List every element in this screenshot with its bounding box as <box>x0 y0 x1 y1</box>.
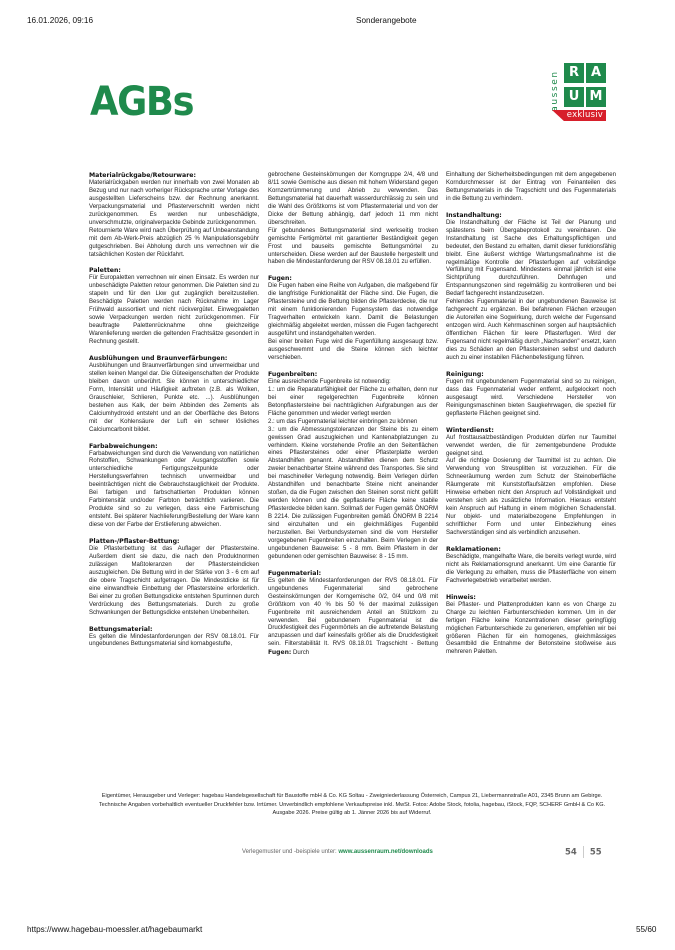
page-number-left: 54 <box>565 848 577 858</box>
section-heading: Farbabweichungen: <box>89 443 259 451</box>
section-paragraph: Fugen mit ungebundenem Fugenmaterial sin… <box>446 379 616 419</box>
terms-section: Hinweis:Bei Pflaster- und Plattenprodukt… <box>446 594 616 658</box>
section-paragraph: 1.: um die Reparaturfähigkeit der Fläche… <box>268 387 438 419</box>
terms-section: Fugenmaterial:Es gelten die Mindestanfor… <box>268 570 438 658</box>
print-page-title: Sonderangebote <box>356 16 417 25</box>
section-paragraph: Fehlendes Fugenmaterial in der ungebunde… <box>446 299 616 363</box>
terms-section: Paletten:Für Europaletten verrechnen wir… <box>89 267 259 347</box>
terms-column-1: Materialrückgabe/Retourware:Materialrück… <box>89 172 259 657</box>
terms-column-3: Einhaltung der Sicherheitsbedingungen mi… <box>446 172 616 665</box>
section-heading: Platten-/Pflaster-Bettung: <box>89 538 259 546</box>
terms-section: Platten-/Pflaster-Bettung:Die Pflasterbe… <box>89 538 259 618</box>
section-paragraph: Einhaltung der Sicherheitsbedingungen mi… <box>446 172 616 204</box>
page-number-right: 55 <box>590 848 602 858</box>
page-number-divider <box>583 846 584 858</box>
terms-section: Materialrückgabe/Retourware:Materialrück… <box>89 172 259 259</box>
section-paragraph: Eine ausreichende Fugenbreite ist notwen… <box>268 379 438 387</box>
imprint-line: Ausgabe 2026. Preise gültig ab 1. Jänner… <box>86 809 618 818</box>
downloads-note: Verlegemuster und -beispiele unter: www.… <box>242 849 433 855</box>
terms-section: Fugen:Die Fugen haben eine Reihe von Auf… <box>268 275 438 362</box>
terms-section: Fugenbreiten:Eine ausreichende Fugenbrei… <box>268 371 438 562</box>
section-heading: Fugen: <box>268 275 438 283</box>
print-url: https://www.hagebau-moessler.at/hagebaum… <box>27 925 202 934</box>
section-paragraph: Die Pflasterbettung ist das Auflager der… <box>89 546 259 618</box>
print-footer: https://www.hagebau-moessler.at/hagebaum… <box>0 925 675 939</box>
section-paragraph: gebrochene Gesteinskörnungen der Korngru… <box>268 172 438 228</box>
section-heading: Fugenmaterial: <box>268 570 438 578</box>
section-paragraph: Beschädigte, mangelhafte Ware, die berei… <box>446 554 616 586</box>
inline-heading: Fugen: <box>268 649 291 656</box>
section-paragraph: Ausblühungen und Braunverfärbungen sind … <box>89 363 259 435</box>
imprint-line: Technische Angaben vorbehaltlich eventue… <box>86 801 618 810</box>
logo-tile-r: R <box>564 63 584 83</box>
terms-section: Farbabweichungen:Farbabweichungen sind d… <box>89 443 259 530</box>
section-heading: Ausblühungen und Braunverfärbungen: <box>89 355 259 363</box>
aussenraum-exklusiv-logo: aussen R A U M exklusiv <box>550 61 622 125</box>
print-datetime: 16.01.2026, 09:16 <box>27 16 93 25</box>
terms-section: Reklamationen:Beschädigte, mangelhafte W… <box>446 546 616 586</box>
section-heading: Reklamationen: <box>446 546 616 554</box>
terms-section: gebrochene Gesteinskörnungen der Korngru… <box>268 172 438 267</box>
print-header: 16.01.2026, 09:16 Sonderangebote <box>0 16 675 30</box>
terms-section: Einhaltung der Sicherheitsbedingungen mi… <box>446 172 616 204</box>
terms-section: Reinigung:Fugen mit ungebundenem Fugenma… <box>446 371 616 419</box>
section-heading: Winterdienst: <box>446 427 616 435</box>
logo-tile-u: U <box>564 87 584 107</box>
logo-tagline-banner: exklusiv <box>552 110 606 121</box>
section-heading: Instandhaltung: <box>446 212 616 220</box>
section-paragraph: 3.: um die Abmessungstoleranzen der Stei… <box>268 427 438 562</box>
section-heading: Reinigung: <box>446 371 616 379</box>
terms-section: Instandhaltung:Die Instandhaltung der Fl… <box>446 212 616 363</box>
section-paragraph: Es gelten die Mindestanforderungen der R… <box>89 634 259 650</box>
section-paragraph: Die Instandhaltung der Fläche ist Teil d… <box>446 220 616 300</box>
section-paragraph: Farbabweichungen sind durch die Verwendu… <box>89 451 259 531</box>
imprint: Eigentümer, Herausgeber und Verleger: ha… <box>86 792 618 818</box>
terms-column-2: gebrochene Gesteinskörnungen der Korngru… <box>268 172 438 666</box>
section-paragraph: 2.: um das Fugenmaterial leichter einbri… <box>268 419 438 427</box>
section-heading: Fugenbreiten: <box>268 371 438 379</box>
print-page-count: 55/60 <box>636 925 657 934</box>
section-paragraph: Materialrückgaben werden nur innerhalb v… <box>89 180 259 228</box>
section-paragraph: Für gebundenes Bettungsmaterial sind wer… <box>268 228 438 268</box>
downloads-link[interactable]: www.aussenraum.net/downloads <box>338 849 432 855</box>
section-paragraph: Bei Pflaster- und Plattenprodukten kann … <box>446 602 616 658</box>
section-paragraph: Retournierte Ware wird nach Überprüfung … <box>89 228 259 260</box>
section-heading: Materialrückgabe/Retourware: <box>89 172 259 180</box>
logo-tile-m: M <box>586 87 606 107</box>
section-paragraph: Auf die richtige Dosierung der Taumittel… <box>446 458 616 538</box>
terms-section: Ausblühungen und Braunverfärbungen:Ausbl… <box>89 355 259 435</box>
section-paragraph: Es gelten die Mindestanforderungen der R… <box>268 578 438 659</box>
terms-section: Winterdienst:Auf frosttausalzbeständigen… <box>446 427 616 538</box>
section-paragraph: Für Europaletten verrechnen wir einen Ei… <box>89 275 259 347</box>
section-paragraph: Die Fugen haben eine Reihe von Aufgaben,… <box>268 283 438 339</box>
section-heading: Bettungsmaterial: <box>89 626 259 634</box>
page-numbers: 5455 <box>565 846 602 858</box>
terms-section: Bettungsmaterial:Es gelten die Mindestan… <box>89 626 259 650</box>
logo-vertical-text: aussen <box>550 67 560 115</box>
section-heading: Hinweis: <box>446 594 616 602</box>
section-paragraph: Bei einer breiten Fuge wird die Fugenfül… <box>268 339 438 363</box>
page-title: AGBs <box>90 82 193 122</box>
section-paragraph: Auf frosttausalzbeständigen Produkten dü… <box>446 435 616 459</box>
logo-tile-a: A <box>586 63 606 83</box>
downloads-label: Verlegemuster und -beispiele unter: <box>242 849 338 855</box>
imprint-line: Eigentümer, Herausgeber und Verleger: ha… <box>86 792 618 801</box>
section-heading: Paletten: <box>89 267 259 275</box>
